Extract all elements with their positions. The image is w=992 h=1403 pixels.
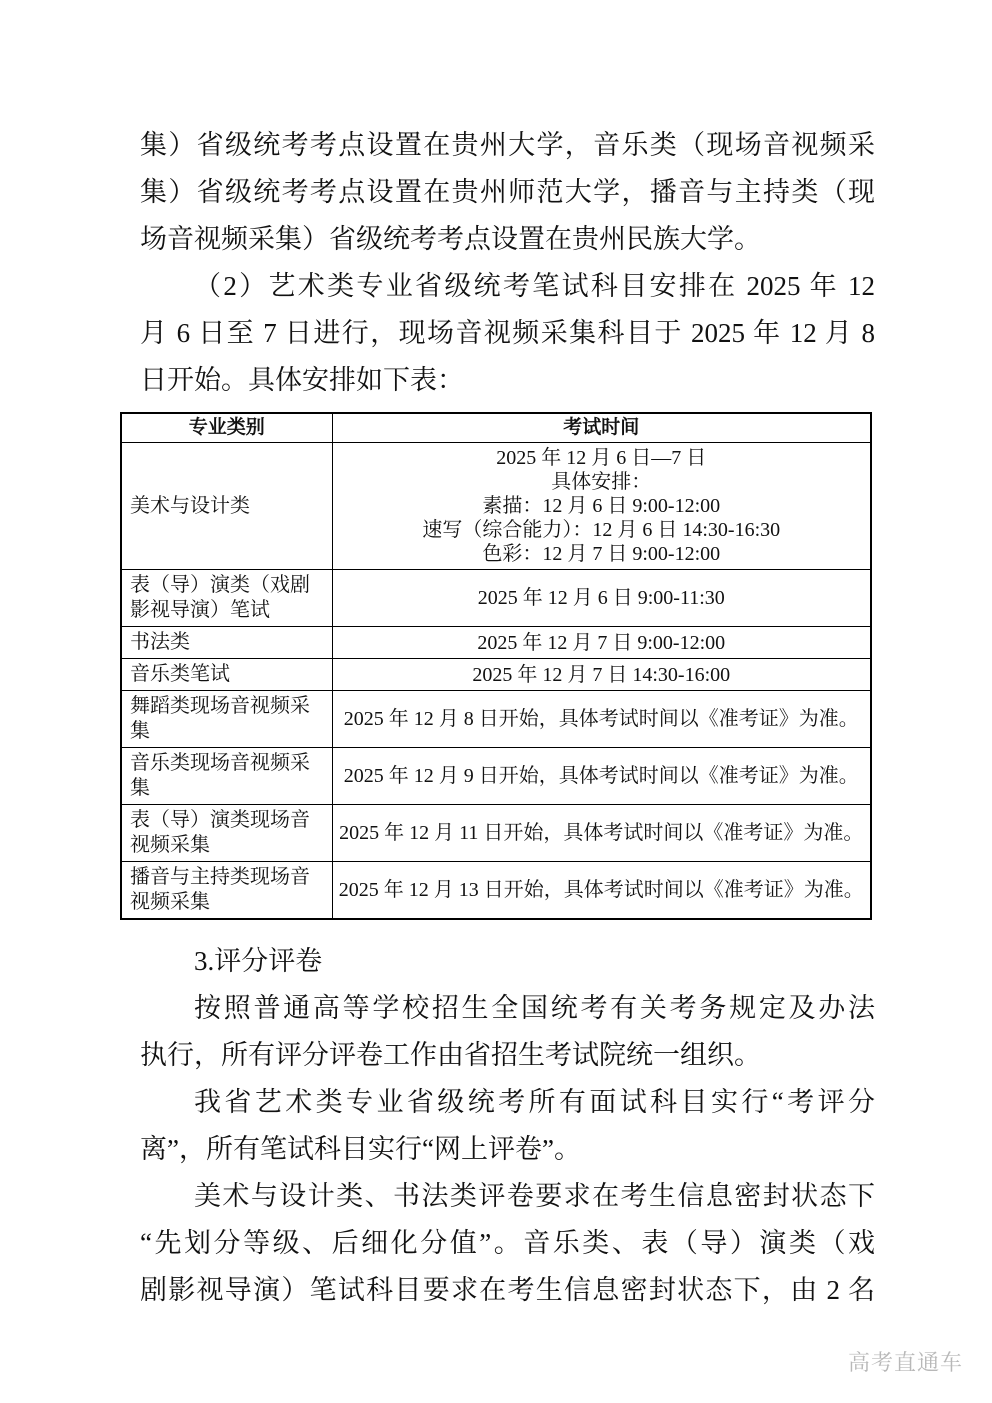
time-cell: 2025 年 12 月 13 日开始，具体考试时间以《准考证》为准。: [332, 862, 871, 920]
table-row: 舞蹈类现场音视频采集 2025 年 12 月 8 日开始，具体考试时间以《准考证…: [121, 691, 871, 748]
exam-schedule-table: 专业类别 考试时间 美术与设计类 2025 年 12 月 6 日—7 日 具体安…: [120, 412, 872, 920]
table-row: 音乐类笔试 2025 年 12 月 7 日 14:30-16:00: [121, 659, 871, 691]
text-line: （2）艺术类专业省级统考笔试科目安排在 2025 年 12: [140, 263, 875, 310]
paragraph-exam-sites: 集）省级统考考点设置在贵州大学，音乐类（现场音视频采 集）省级统考考点设置在贵州…: [140, 122, 875, 263]
time-line: 2025 年 12 月 6 日—7 日: [337, 446, 867, 470]
time-cell: 2025 年 12 月 6 日—7 日 具体安排： 素描：12 月 6 日 9:…: [332, 443, 871, 570]
text-line: 集）省级统考考点设置在贵州师范大学，播音与主持类（现: [140, 169, 875, 216]
category-cell: 播音与主持类现场音视频采集: [121, 862, 332, 920]
category-cell: 音乐类现场音视频采集: [121, 748, 332, 805]
heading-scoring: 3.评分评卷: [140, 938, 875, 985]
table-row: 表（导）演类（戏剧影视导演）笔试 2025 年 12 月 6 日 9:00-11…: [121, 570, 871, 627]
text-line: 执行，所有评分评卷工作由省招生考试院统一组织。: [140, 1032, 875, 1079]
text-line: “先划分等级、后细化分值”。音乐类、表（导）演类（戏: [140, 1220, 875, 1267]
time-cell: 2025 年 12 月 7 日 14:30-16:00: [332, 659, 871, 691]
time-line: 2025 年 12 月 8 日开始，具体考试时间以《准考证》为准。: [337, 707, 867, 731]
time-cell: 2025 年 12 月 9 日开始，具体考试时间以《准考证》为准。: [332, 748, 871, 805]
table-header-row: 专业类别 考试时间: [121, 413, 871, 443]
time-cell: 2025 年 12 月 8 日开始，具体考试时间以《准考证》为准。: [332, 691, 871, 748]
text-line: 场音视频采集）省级统考考点设置在贵州民族大学。: [140, 216, 875, 263]
text-line: 按照普通高等学校招生全国统考有关考务规定及办法: [140, 985, 875, 1032]
table-row: 美术与设计类 2025 年 12 月 6 日—7 日 具体安排： 素描：12 月…: [121, 443, 871, 570]
time-cell: 2025 年 12 月 11 日开始，具体考试时间以《准考证》为准。: [332, 805, 871, 862]
text-line: 剧影视导演）笔试科目要求在考生信息密封状态下，由 2 名: [140, 1267, 875, 1314]
text-line: 我省艺术类专业省级统考所有面试科目实行“考评分: [140, 1079, 875, 1126]
text-line: 日开始。具体安排如下表：: [140, 357, 875, 404]
time-cell: 2025 年 12 月 6 日 9:00-11:30: [332, 570, 871, 627]
time-line: 2025 年 12 月 11 日开始，具体考试时间以《准考证》为准。: [337, 821, 867, 845]
time-line: 具体安排：: [337, 470, 867, 494]
time-line: 2025 年 12 月 7 日 9:00-12:00: [337, 631, 867, 655]
table-row: 书法类 2025 年 12 月 7 日 9:00-12:00: [121, 627, 871, 659]
time-line: 速写（综合能力）：12 月 6 日 14:30-16:30: [337, 518, 867, 542]
header-exam-time: 考试时间: [332, 413, 871, 443]
text-line: 月 6 日至 7 日进行，现场音视频采集科目于 2025 年 12 月 8: [140, 310, 875, 357]
category-cell: 表（导）演类（戏剧影视导演）笔试: [121, 570, 332, 627]
watermark: 高考直通车: [848, 1346, 963, 1377]
table-row: 音乐类现场音视频采集 2025 年 12 月 9 日开始，具体考试时间以《准考证…: [121, 748, 871, 805]
paragraph-sealing: 美术与设计类、书法类评卷要求在考生信息密封状态下 “先划分等级、后细化分值”。音…: [140, 1173, 875, 1314]
time-line: 2025 年 12 月 9 日开始，具体考试时间以《准考证》为准。: [337, 764, 867, 788]
header-category: 专业类别: [121, 413, 332, 443]
category-cell: 舞蹈类现场音视频采集: [121, 691, 332, 748]
time-line: 色彩：12 月 7 日 9:00-12:00: [337, 542, 867, 566]
table-row: 播音与主持类现场音视频采集 2025 年 12 月 13 日开始，具体考试时间以…: [121, 862, 871, 920]
text-line: 美术与设计类、书法类评卷要求在考生信息密封状态下: [140, 1173, 875, 1220]
table-row: 表（导）演类现场音视频采集 2025 年 12 月 11 日开始，具体考试时间以…: [121, 805, 871, 862]
time-cell: 2025 年 12 月 7 日 9:00-12:00: [332, 627, 871, 659]
text-line: 集）省级统考考点设置在贵州大学，音乐类（现场音视频采: [140, 122, 875, 169]
category-cell: 美术与设计类: [121, 443, 332, 570]
text-line: 离”，所有笔试科目实行“网上评卷”。: [140, 1126, 875, 1173]
document-page: 集）省级统考考点设置在贵州大学，音乐类（现场音视频采 集）省级统考考点设置在贵州…: [0, 0, 992, 1403]
category-cell: 表（导）演类现场音视频采集: [121, 805, 332, 862]
category-cell: 音乐类笔试: [121, 659, 332, 691]
time-line: 2025 年 12 月 13 日开始，具体考试时间以《准考证》为准。: [337, 878, 867, 902]
time-line: 素描：12 月 6 日 9:00-12:00: [337, 494, 867, 518]
document-body: 集）省级统考考点设置在贵州大学，音乐类（现场音视频采 集）省级统考考点设置在贵州…: [140, 122, 875, 1314]
time-line: 2025 年 12 月 6 日 9:00-11:30: [337, 586, 867, 610]
text-line: 3.评分评卷: [140, 938, 875, 985]
paragraph-schedule-intro: （2）艺术类专业省级统考笔试科目安排在 2025 年 12 月 6 日至 7 日…: [140, 263, 875, 404]
paragraph-scoring-rules: 按照普通高等学校招生全国统考有关考务规定及办法 执行，所有评分评卷工作由省招生考…: [140, 985, 875, 1079]
paragraph-exam-eval: 我省艺术类专业省级统考所有面试科目实行“考评分 离”，所有笔试科目实行“网上评卷…: [140, 1079, 875, 1173]
category-cell: 书法类: [121, 627, 332, 659]
time-line: 2025 年 12 月 7 日 14:30-16:00: [337, 663, 867, 687]
